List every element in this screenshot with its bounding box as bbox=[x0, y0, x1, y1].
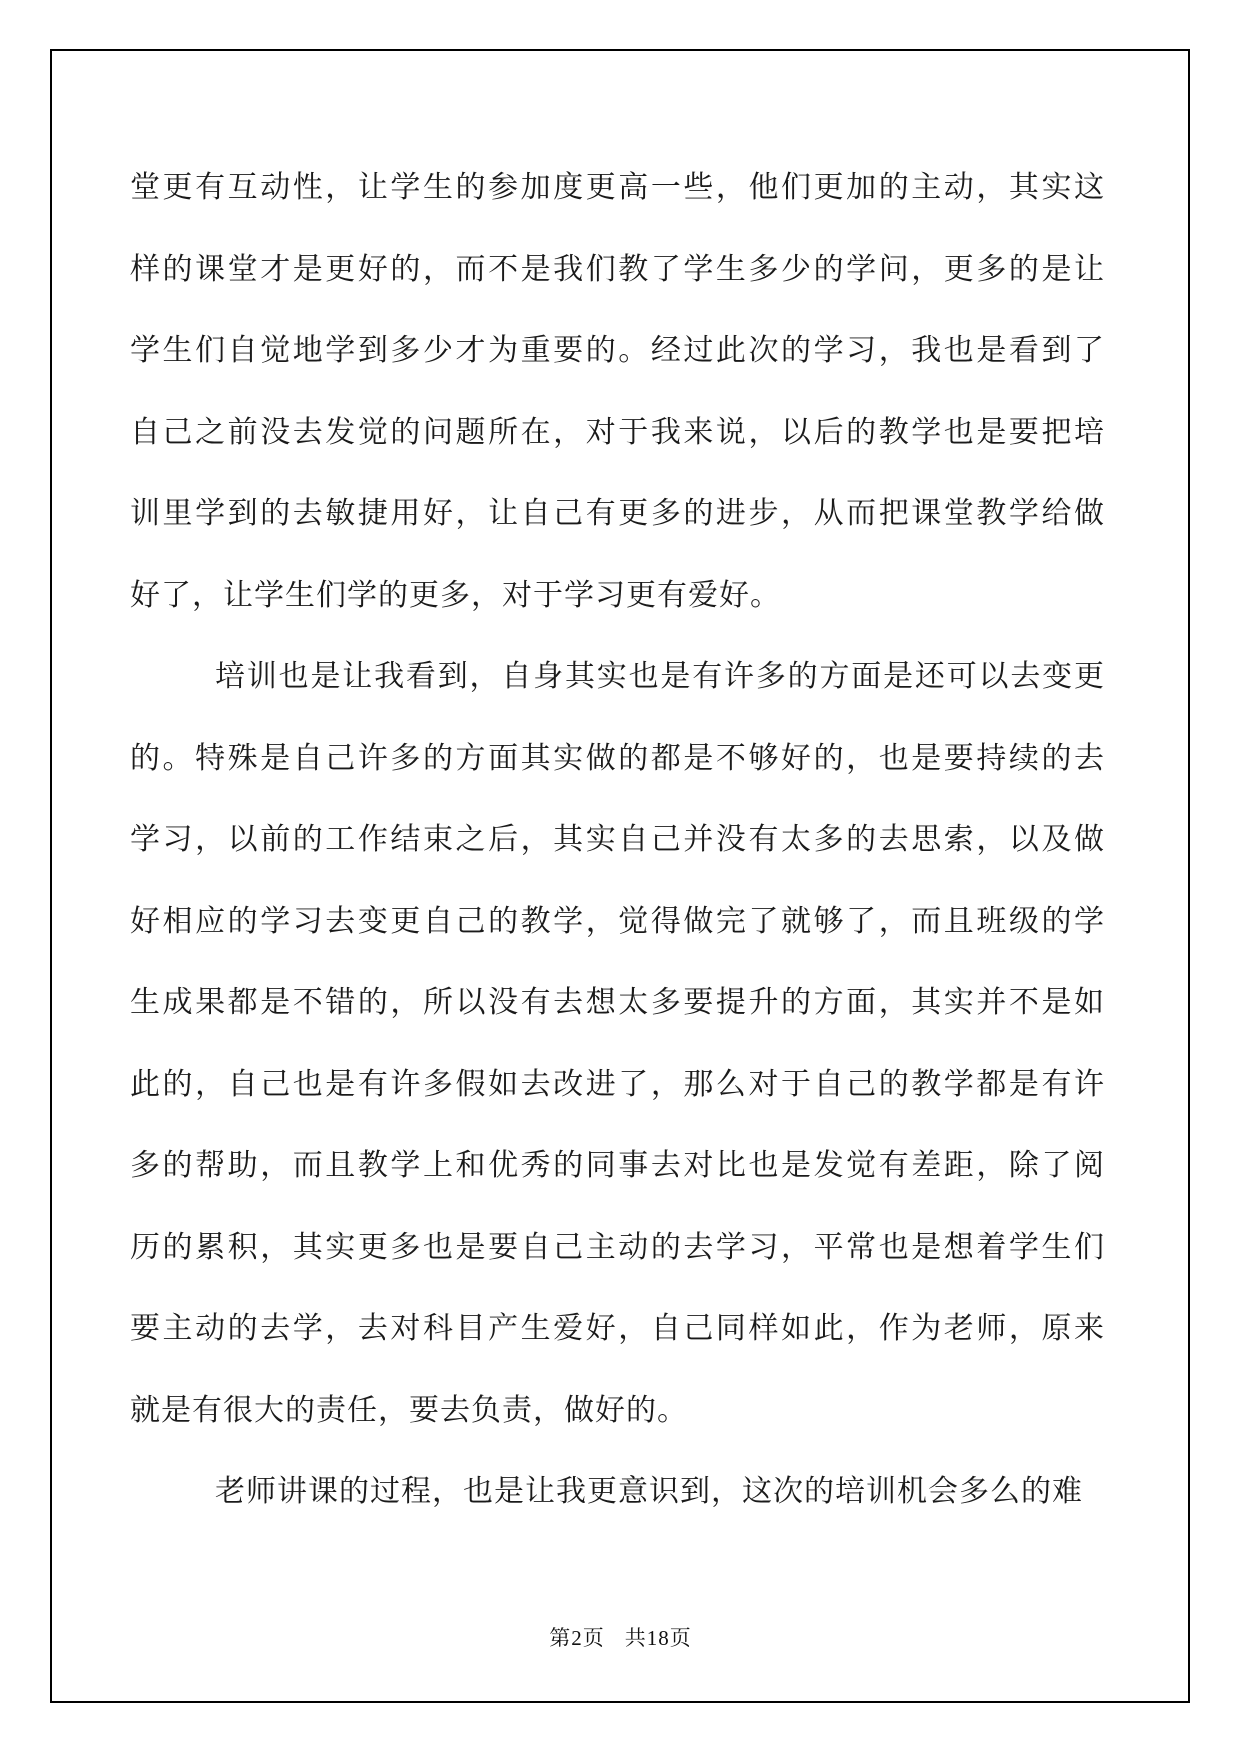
text-line: 多的帮助，而且教学上和优秀的同事去对比也是发觉有差距，除了阅 bbox=[130, 1125, 1105, 1207]
text-line: 此的，自己也是有许多假如去改进了，那么对于自己的教学都是有许 bbox=[130, 1044, 1105, 1126]
text-line: 样的课堂才是更好的，而不是我们教了学生多少的学问，更多的是让 bbox=[130, 229, 1105, 311]
page-number: 第2页 bbox=[549, 1626, 605, 1650]
paragraph: 堂更有互动性，让学生的参加度更高一些，他们更加的主动，其实这 样的课堂才是更好的… bbox=[130, 147, 1105, 636]
text-line: 老师讲课的过程，也是让我更意识到，这次的培训机会多么的难 bbox=[130, 1451, 1105, 1533]
total-pages: 共18页 bbox=[625, 1626, 692, 1650]
page-content: 堂更有互动性，让学生的参加度更高一些，他们更加的主动，其实这 样的课堂才是更好的… bbox=[130, 147, 1105, 1533]
text-line: 就是有很大的责任，要去负责，做好的。 bbox=[130, 1370, 1105, 1452]
text-line: 自己之前没去发觉的问题所在，对于我来说，以后的教学也是要把培 bbox=[130, 392, 1105, 474]
text-line: 要主动的去学，去对科目产生爱好，自己同样如此，作为老师，原来 bbox=[130, 1288, 1105, 1370]
text-line: 好了，让学生们学的更多，对于学习更有爱好。 bbox=[130, 555, 1105, 637]
text-line: 学生们自觉地学到多少才为重要的。经过此次的学习，我也是看到了 bbox=[130, 310, 1105, 392]
text-line: 历的累积，其实更多也是要自己主动的去学习，平常也是想着学生们 bbox=[130, 1207, 1105, 1289]
text-line: 训里学到的去敏捷用好，让自己有更多的进步，从而把课堂教学给做 bbox=[130, 473, 1105, 555]
text-line: 的。特殊是自己许多的方面其实做的都是不够好的，也是要持续的去 bbox=[130, 718, 1105, 800]
paragraph: 培训也是让我看到，自身其实也是有许多的方面是还可以去变更 的。特殊是自己许多的方… bbox=[130, 636, 1105, 1451]
text-line: 学习，以前的工作结束之后，其实自己并没有太多的去思索，以及做 bbox=[130, 799, 1105, 881]
text-line: 培训也是让我看到，自身其实也是有许多的方面是还可以去变更 bbox=[130, 636, 1105, 718]
page-footer: 第2页共18页 bbox=[0, 1622, 1241, 1652]
paragraph: 老师讲课的过程，也是让我更意识到，这次的培训机会多么的难 bbox=[130, 1451, 1105, 1533]
text-line: 堂更有互动性，让学生的参加度更高一些，他们更加的主动，其实这 bbox=[130, 147, 1105, 229]
document-page: 堂更有互动性，让学生的参加度更高一些，他们更加的主动，其实这 样的课堂才是更好的… bbox=[0, 0, 1241, 1754]
text-line: 好相应的学习去变更自己的教学，觉得做完了就够了，而且班级的学 bbox=[130, 881, 1105, 963]
text-line: 生成果都是不错的，所以没有去想太多要提升的方面，其实并不是如 bbox=[130, 962, 1105, 1044]
